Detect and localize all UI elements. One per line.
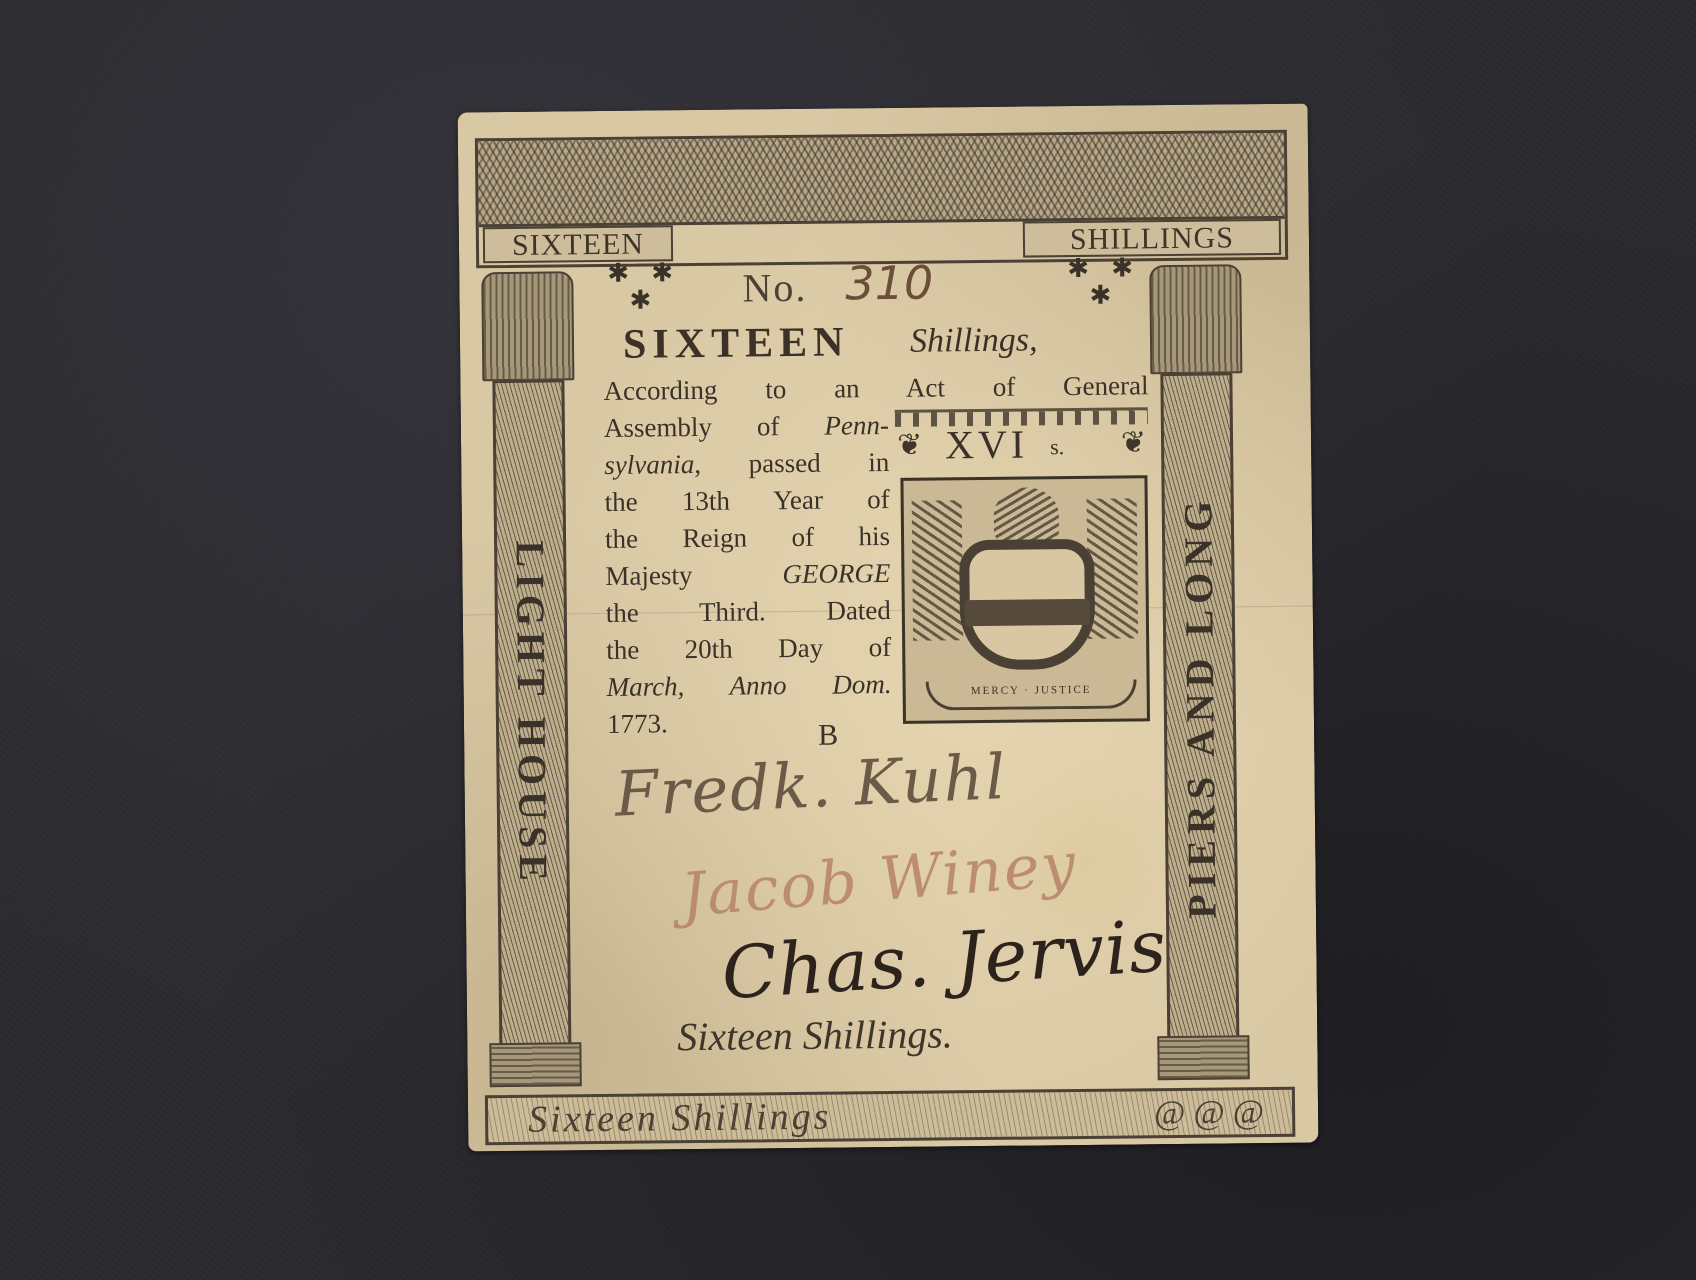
act-line: Assembly of Penn- [604,407,889,447]
top-label-right: SHILLINGS [1023,219,1281,258]
column-capital [1149,264,1242,374]
star-icon: ✱ [629,285,651,315]
act-line: Majesty GEORGE [605,555,890,595]
act-line: sylvania, passed in [604,444,889,484]
xvi-denomination-panel: ❦ XVI s. ❦ [895,407,1149,472]
serial-number: 310 [845,256,933,311]
leaf-ornament [478,133,1285,227]
act-line: 1773. [607,703,892,743]
act-text: According to an Act of General Assembly … [603,370,892,743]
column-capital [481,271,574,381]
motto-scroll: MERCY · JUSTICE [926,679,1137,710]
bottom-band: Sixteen Shillings @@@ [485,1087,1295,1145]
star-icon: ✱ [1111,253,1133,283]
column-shaft: PIERS AND LONG [1160,372,1239,1040]
star-icon: ✱ [607,259,629,289]
denomination-unit: Shillings, [910,321,1038,360]
bottom-caption: Sixteen Shillings. [677,1010,953,1060]
act-line: the Reign of his [605,518,890,558]
star-icon: ✱ [1089,281,1111,311]
eagle-crest-icon [994,487,1060,543]
column-shaft: LIGHT HOUSE [492,379,571,1047]
top-label-left: SIXTEEN [483,225,673,263]
act-line: March, Anno Dom. [606,666,891,706]
currency-note: SIXTEEN SHILLINGS LIGHT HOUSE PIERS AND … [458,104,1319,1152]
top-ornamental-band: SIXTEEN SHILLINGS [475,130,1288,268]
shield-band [965,599,1090,626]
right-column-text: PIERS AND LONG [1174,494,1225,919]
coat-of-arms: MERCY · JUSTICE [900,475,1150,724]
serial-label: No. [742,264,807,312]
denomination-words: SIXTEEN [623,318,850,368]
xvi-unit: s. [1050,434,1064,460]
act-line: the 20th Day of [606,629,891,669]
xvi-numeral: XVI [945,421,1029,469]
left-column-text: LIGHT HOUSE [507,540,558,887]
olive-branch-icon [912,500,963,641]
star-icon: ✱ [651,258,673,288]
swirl-ornament-icon: @@@ [1154,1094,1272,1133]
act-line: the Third. Dated [606,592,891,632]
act-line: the 13th Year of [604,481,889,521]
flourish-icon: ❦ [1121,425,1147,460]
column-base [1157,1035,1249,1080]
bottom-band-text: Sixteen Shillings [528,1095,832,1142]
flourish-icon: ❦ [897,428,923,463]
left-column: LIGHT HOUSE [481,271,582,1087]
signature-kuhl: Fredk. Kuhl [613,740,1009,831]
star-icon: ✱ [1067,254,1089,284]
act-line: According to an Act of General [603,367,1148,410]
column-base [489,1042,581,1087]
